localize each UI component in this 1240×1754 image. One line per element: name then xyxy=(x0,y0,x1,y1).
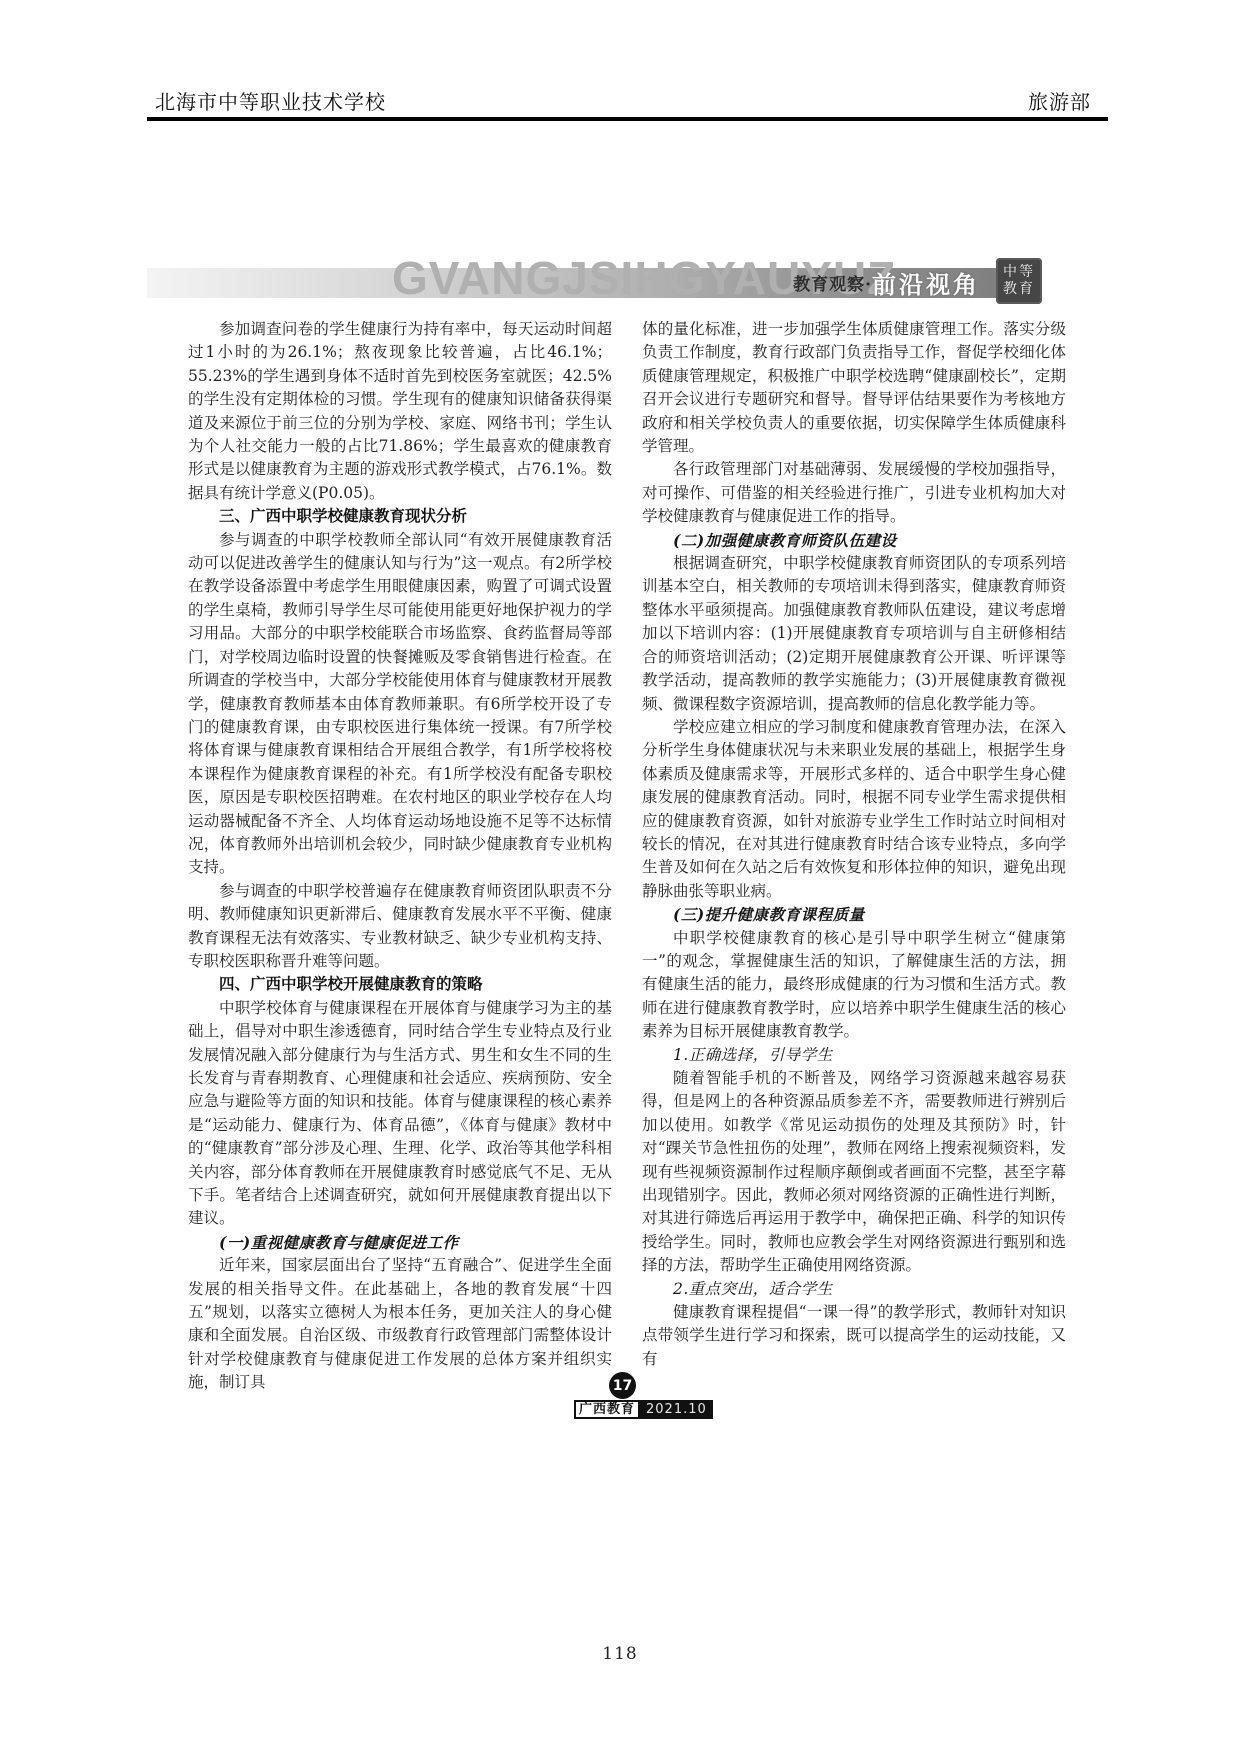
article-paragraph: 健康教育课程提倡“一课一得”的教学形式，教师针对知识点带领学生进行学习和探索，既… xyxy=(642,1301,1066,1371)
journal-issue-label: 广西教育 2021.10 xyxy=(574,1400,713,1419)
numbered-point-2: 2.重点突出，适合学生 xyxy=(642,1278,1066,1301)
journal-name: 广西教育 xyxy=(574,1400,640,1419)
subsection-heading-3: (三)提升健康教育课程质量 xyxy=(642,903,1066,926)
header-department: 旅游部 xyxy=(1028,86,1091,115)
article-paragraph-continued: 体的量化标准，进一步加强学生体质健康管理工作。落实分级负责工作制度，教育行政部门… xyxy=(642,318,1066,458)
article-paragraph: 各行政管理部门对基础薄弱、发展缓慢的学校加强指导，对可操作、可借鉴的相关经验进行… xyxy=(642,458,1066,528)
subsection-heading-1: (一)重视健康教育与健康促进工作 xyxy=(188,1231,612,1254)
article-paragraph: 参与调查的中职学校普遍存在健康教育师资团队职责不分明、教师健康知识更新滞后、健康… xyxy=(188,880,612,974)
journal-logo-line1: 中等 xyxy=(1003,264,1035,281)
journal-page-badge: 17 xyxy=(609,1372,636,1399)
journal-page: 北海市中等职业技术学校 旅游部 GVANGJSIHGYAUYUZ 教育观察· 前… xyxy=(0,0,1240,1754)
article-paragraph: 中职学校体育与健康课程在开展体育与健康学习为主的基础上，倡导对中职生渗透德育，同… xyxy=(188,997,612,1231)
article-paragraph: 学校应建立相应的学习制度和健康教育管理办法，在深入分析学生身体健康状况与未来职业… xyxy=(642,716,1066,903)
article-column-right: 体的量化标准，进一步加强学生体质健康管理工作。落实分级负责工作制度，教育行政部门… xyxy=(642,318,1066,1371)
article-paragraph: 参与调查的中职学校教师全部认同“有效开展健康教育活动可以促进改善学生的健康认知与… xyxy=(188,529,612,880)
page-number: 118 xyxy=(583,1644,657,1664)
header-rule xyxy=(147,117,1108,121)
section-heading-4: 四、广西中职学校开展健康教育的策略 xyxy=(188,973,612,996)
header-school-name: 北海市中等职业技术学校 xyxy=(155,86,386,115)
banner-section-label: 教育观察· 前沿视角 xyxy=(793,265,980,299)
journal-logo-line2: 教育 xyxy=(1003,281,1035,298)
article-paragraph: 随着智能手机的不断普及，网络学习资源越来越容易获得，但是网上的各种资源品质参差不… xyxy=(642,1067,1066,1278)
numbered-point-1: 1.正确选择，引导学生 xyxy=(642,1044,1066,1067)
journal-issue-date: 2021.10 xyxy=(640,1400,713,1419)
banner-section-name: 教育观察· xyxy=(793,270,872,295)
section-banner: GVANGJSIHGYAUYUZ 教育观察· 前沿视角 中等 教育 xyxy=(147,252,1042,310)
article-paragraph: 根据调查研究，中职学校健康教育师资团队的专项系列培训基本空白，相关教师的专项培训… xyxy=(642,552,1066,716)
subsection-heading-2: (二)加强健康教育师资队伍建设 xyxy=(642,529,1066,552)
journal-logo: 中等 教育 xyxy=(996,258,1042,304)
section-heading-3: 三、广西中职学校健康教育现状分析 xyxy=(188,505,612,528)
article-column-left: 参加调查问卷的学生健康行为持有率中，每天运动时间超过1小时的为26.1%；熬夜现… xyxy=(188,318,612,1395)
article-paragraph: 近年来，国家层面出台了坚持“五育融合”、促进学生全面发展的相关指导文件。在此基础… xyxy=(188,1254,612,1394)
banner-section-highlight: 前沿视角 xyxy=(872,265,980,300)
article-paragraph: 参加调查问卷的学生健康行为持有率中，每天运动时间超过1小时的为26.1%；熬夜现… xyxy=(188,318,612,505)
article-paragraph: 中职学校健康教育的核心是引导中职学生树立“健康第一”的观念，掌握健康生活的知识，… xyxy=(642,927,1066,1044)
